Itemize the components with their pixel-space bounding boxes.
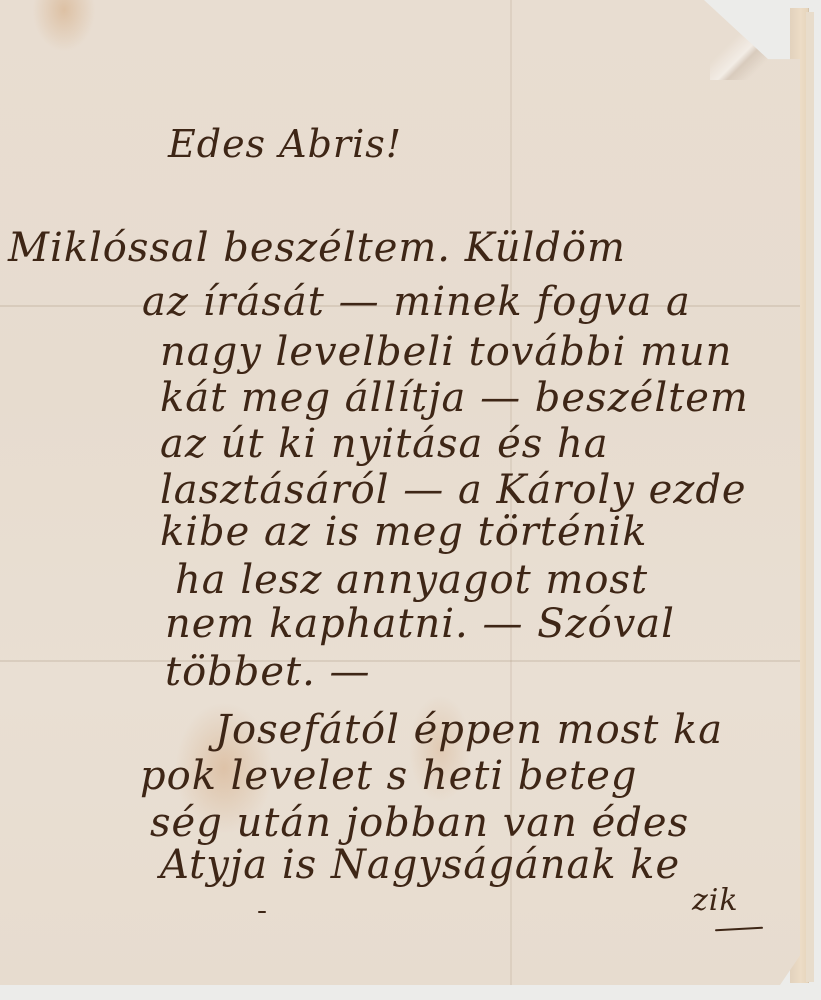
ink-dash: [258, 911, 266, 913]
letter-line: nagy levelbeli további mun: [160, 332, 732, 372]
letter-line: kát meg állítja — beszéltem: [160, 378, 749, 418]
letter-line: Josefától éppen most ka: [215, 710, 723, 750]
closing-word: zik: [692, 886, 739, 916]
letter-line: nem kaphatni. — Szóval: [165, 604, 675, 644]
salutation: Edes Abris!: [168, 125, 402, 163]
underlying-page-edge-2: [806, 12, 814, 982]
letter-line: kibe az is meg történik: [160, 512, 647, 552]
letter-line: Miklóssal beszéltem. Küldöm: [8, 228, 626, 268]
paper-crease: [710, 20, 790, 80]
letter-line: Atyja is Nagyságának ke: [160, 845, 680, 885]
fold-line: [0, 660, 800, 662]
closing-underline: [715, 927, 763, 932]
letter-line: lasztásáról — a Károly ezde: [160, 470, 747, 510]
letter-line: az írását — minek fogva a: [142, 282, 691, 322]
letter-line: többet. —: [165, 652, 371, 692]
letter-line: az út ki nyitása és ha: [160, 424, 609, 464]
letter-line: pok levelet s heti beteg: [140, 756, 638, 796]
letter-line: ség után jobban van édes: [150, 803, 689, 843]
letter-line: ha lesz annyagot most: [175, 560, 648, 600]
letter-scan: Edes Abris! Miklóssal beszéltem. Küldöm …: [0, 0, 821, 1000]
letter-page: Edes Abris! Miklóssal beszéltem. Küldöm …: [0, 0, 800, 985]
